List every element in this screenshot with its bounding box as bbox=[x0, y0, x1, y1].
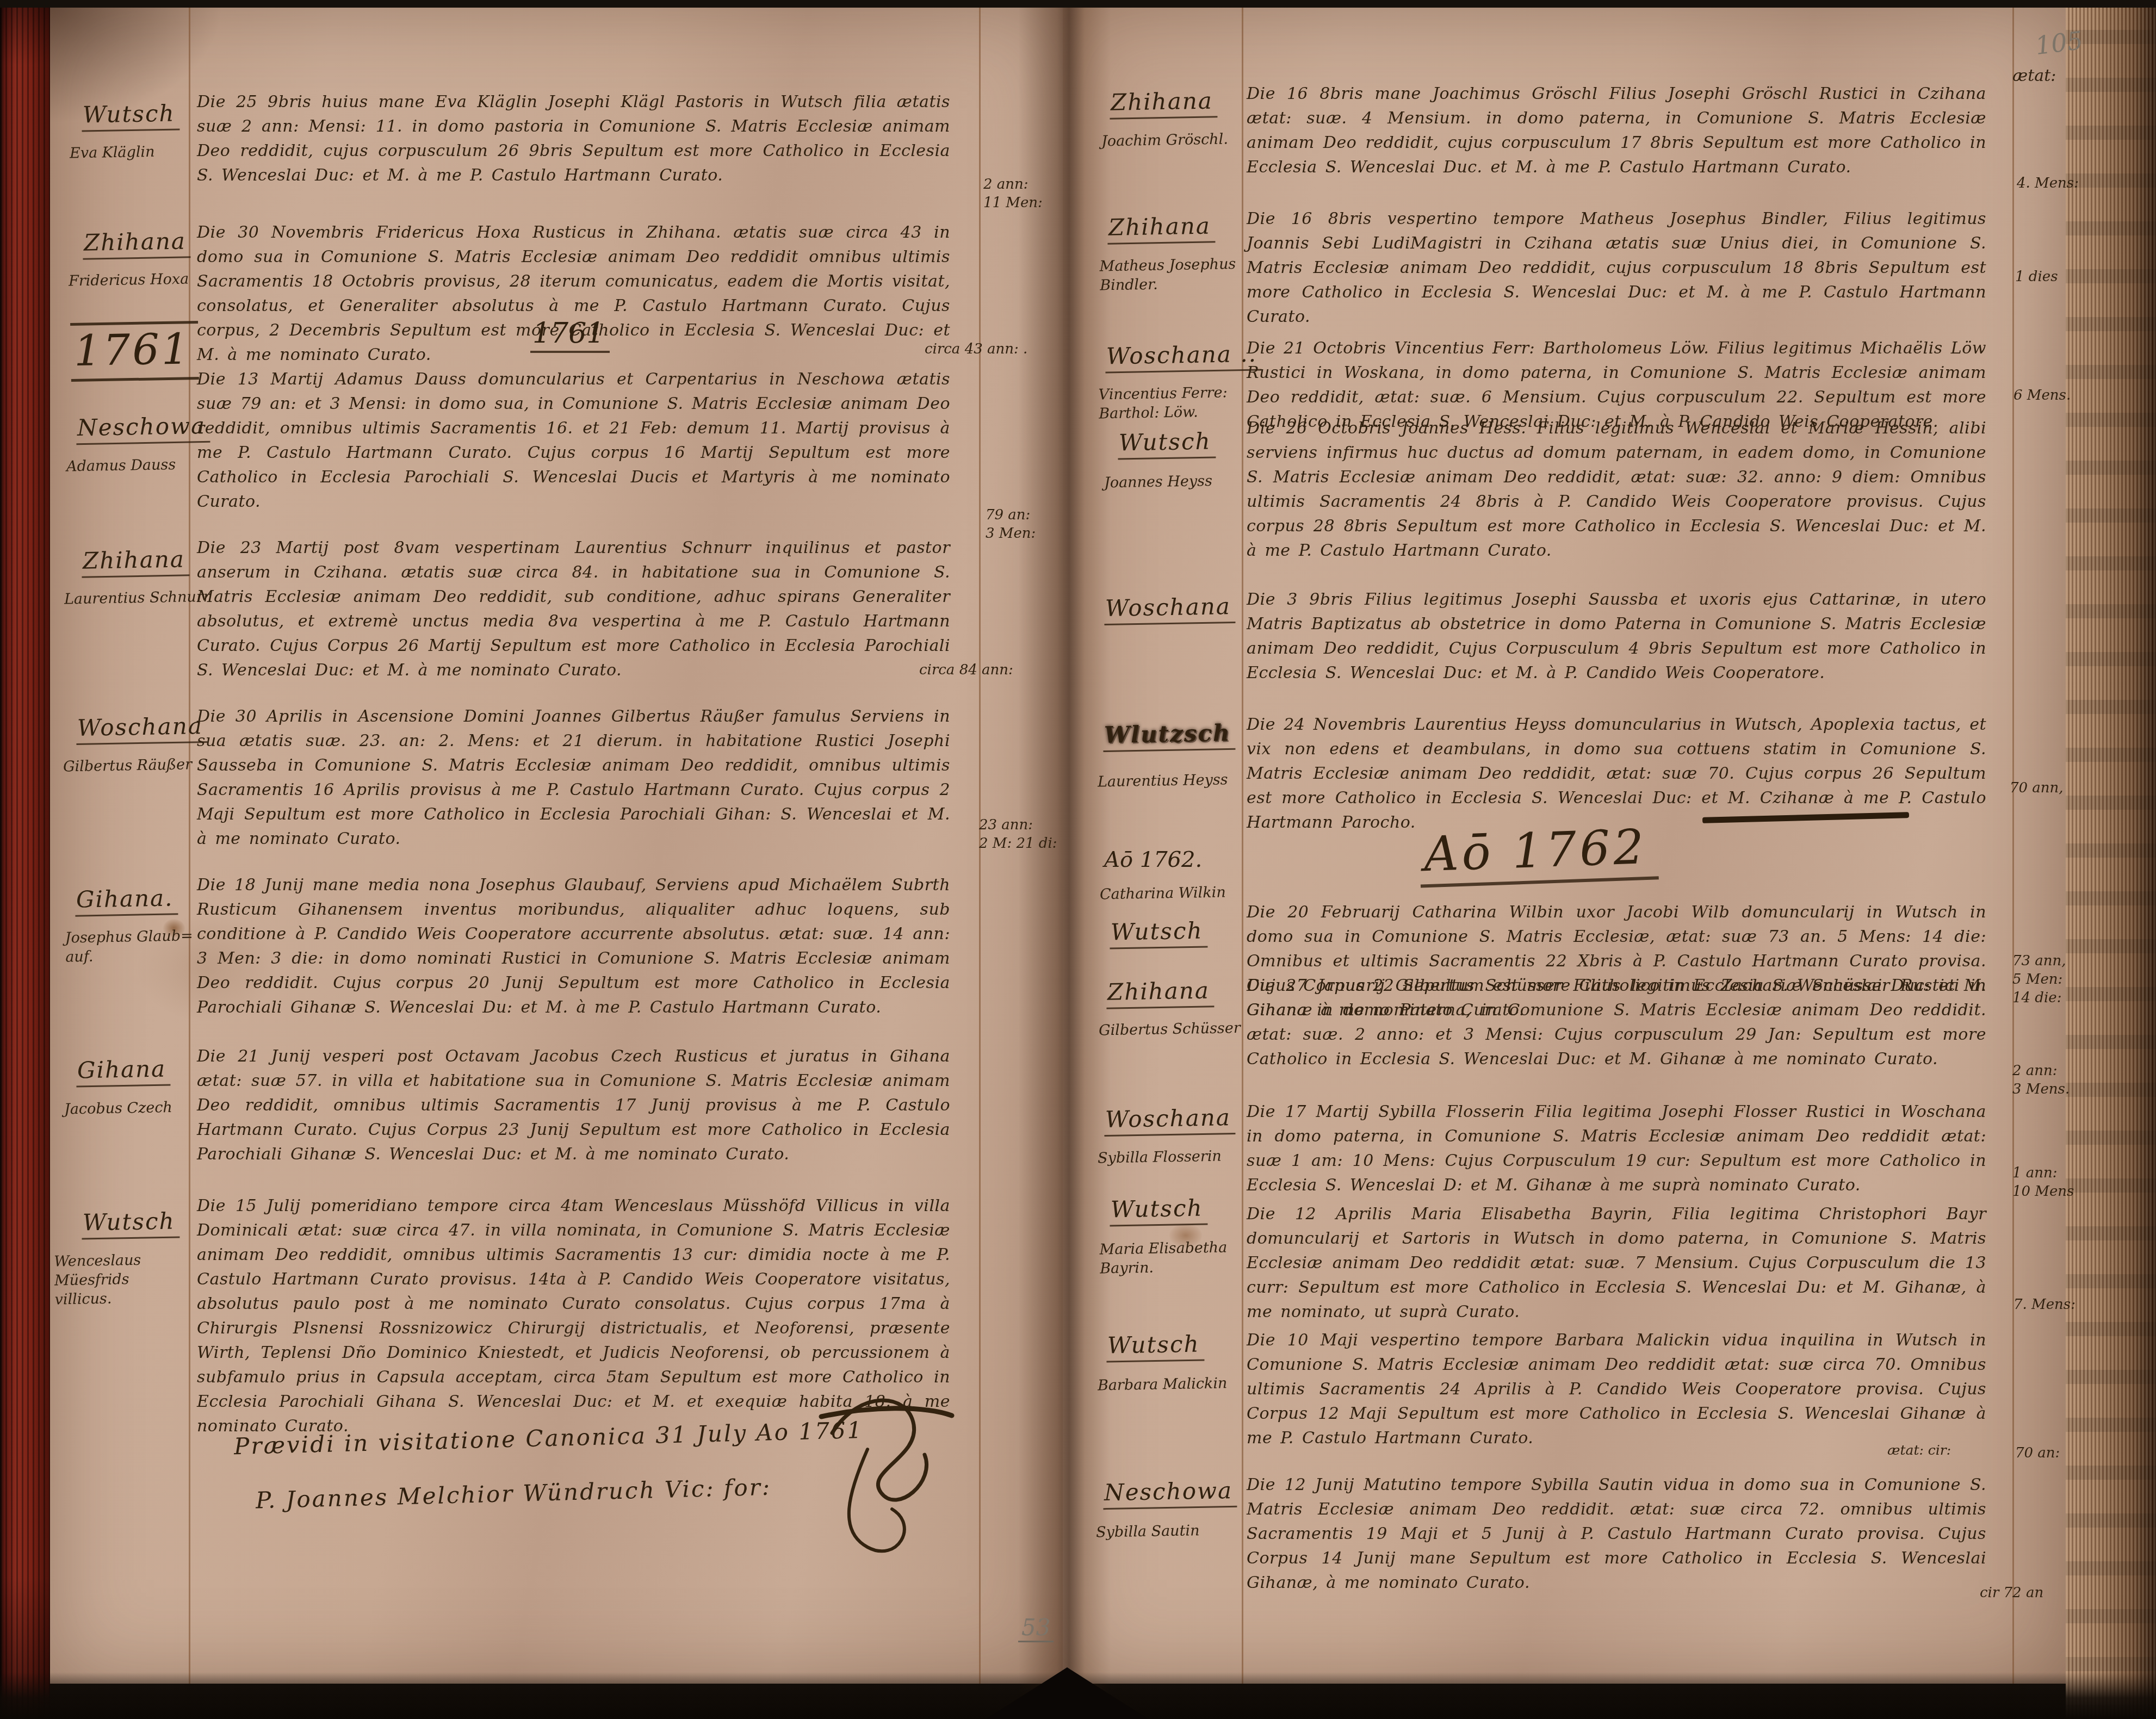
entry-body: Die 30 Aprilis in Ascensione Domini Joan… bbox=[197, 704, 950, 851]
margin-name: Joachim Gröschl. bbox=[1101, 129, 1254, 151]
margin-place: Gihana bbox=[76, 1055, 171, 1087]
entry-body: Die 21 Junij vesperi post Octavam Jacobu… bbox=[197, 1044, 950, 1166]
margin-place: Woschana bbox=[1104, 593, 1236, 625]
entry-age: 7. Mens: bbox=[2013, 1295, 2076, 1314]
entry-age: 79 an: 3 Men: bbox=[986, 506, 1036, 543]
entry-age: cir 72 an bbox=[1980, 1584, 2043, 1602]
year-header-body: Aō 1762 bbox=[1418, 818, 1659, 888]
margin-place: Woschana bbox=[76, 712, 208, 745]
entry-age: 4. Mens: bbox=[2017, 174, 2079, 193]
margin-name: Wenceslaus Müesfrids villicus. bbox=[54, 1250, 207, 1310]
margin-place: Zhihana bbox=[1106, 977, 1215, 1009]
entry-body: Die 16 8bris mane Joachimus Gröschl Fili… bbox=[1247, 82, 1986, 179]
manuscript-scan: 105 53 ætat: Wutsch Eva Kläglin Die 25 9… bbox=[0, 0, 2156, 1719]
margin-name: Jacobus Czech bbox=[64, 1097, 217, 1119]
entry-age: 2 ann: 11 Men: bbox=[983, 175, 1043, 212]
entry-body: Die 12 Aprilis Maria Elisabetha Bayrin, … bbox=[1247, 1202, 1986, 1324]
entry-age: 1 dies bbox=[2015, 268, 2058, 286]
margin-name: Maria Elisabetha Bayrin. bbox=[1099, 1238, 1252, 1279]
signature-flourish bbox=[816, 1384, 957, 1558]
margin-name: Vincentius Ferre: Barthol: Löw. bbox=[1098, 383, 1251, 424]
margin-place: Zhihana bbox=[1107, 212, 1216, 244]
margin-place: Wlutzsch bbox=[1103, 719, 1236, 752]
margin-name: Laurentius Schnurr bbox=[64, 587, 217, 609]
entry-body: Die 12 Junij Matutino tempore Sybilla Sa… bbox=[1247, 1473, 1986, 1595]
margin-place: Zhihana bbox=[1110, 87, 1218, 119]
entry-body: Die 17 Martij Sybilla Flosserin Filia le… bbox=[1247, 1100, 1986, 1197]
entry-age: 23 ann: 2 M: 21 di: bbox=[979, 816, 1057, 853]
margin-place: Wutsch bbox=[82, 1207, 179, 1239]
margin-place: Wutsch bbox=[1118, 427, 1216, 460]
entry-body: Die 23 Martij post 8vam vespertinam Laur… bbox=[197, 536, 950, 682]
margin-place: Zhihana bbox=[82, 545, 190, 578]
margin-place: Gihana. bbox=[75, 884, 178, 916]
margin-name: Gilbertus Räußer bbox=[63, 755, 216, 777]
fore-edge-pages bbox=[2066, 0, 2156, 1719]
age-column-header: ætat: bbox=[2012, 66, 2056, 85]
year-header-margin: Aō 1762. bbox=[1104, 847, 1202, 872]
margin-name: Catharina Wilkin bbox=[1100, 883, 1253, 904]
margin-name: Sybilla Sautin bbox=[1096, 1521, 1249, 1542]
margin-place: Wutsch bbox=[1106, 1330, 1204, 1362]
entry-body: Die 27 Januarij Gilbertus Schüsser Filiu… bbox=[1247, 973, 1986, 1071]
year-header-margin: 1761 bbox=[70, 321, 199, 382]
margin-name: Barbara Malickin bbox=[1098, 1374, 1250, 1395]
entry-body: Die 3 9bris Filius legitimus Josephi Sau… bbox=[1247, 587, 1986, 685]
entry-age: 70 ann, bbox=[2010, 779, 2064, 797]
entry-age: 1 ann: 10 Mens bbox=[2012, 1164, 2074, 1201]
entry-body: Die 26 Octobris Joannes Hess. Filius leg… bbox=[1247, 416, 1986, 563]
margin-place: Woschana .. bbox=[1105, 340, 1262, 374]
entry-age: circa 84 ann: bbox=[919, 661, 1013, 679]
entry-body: Die 25 9bris huius mane Eva Kläglin Jose… bbox=[197, 90, 950, 188]
margin-place: Wutsch bbox=[82, 100, 179, 132]
margin-place: Woschana bbox=[1104, 1104, 1236, 1137]
entry-age: 2 ann: 3 Mens. bbox=[2012, 1062, 2070, 1099]
book-spine bbox=[0, 0, 50, 1719]
entry-body: Die 13 Martij Adamus Dauss domuncularius… bbox=[197, 367, 950, 514]
entry-age: circa 43 ann: . bbox=[925, 340, 1027, 358]
margin-place: Neschowa bbox=[1103, 1477, 1237, 1510]
margin-place: Wutsch bbox=[1110, 1194, 1207, 1226]
margin-place: Zhihana bbox=[83, 227, 191, 259]
right-page-age-rule bbox=[2012, 4, 2014, 1684]
entry-age: 73 ann, 5 Men: 14 die: bbox=[2012, 952, 2066, 1007]
gutter-bottom-notch bbox=[986, 1667, 1149, 1719]
margin-name: Sybilla Flosserin bbox=[1098, 1146, 1250, 1168]
pencil-page-number: 105 bbox=[2034, 26, 2085, 60]
entry-age-note: ætat: cir: bbox=[1887, 1442, 1951, 1458]
margin-name: Joannes Heyss bbox=[1104, 471, 1257, 493]
margin-place: Wutsch bbox=[1110, 917, 1207, 949]
entry-body: Die 10 Maji vespertino tempore Barbara M… bbox=[1247, 1328, 1986, 1450]
margin-name: Adamus Dauss bbox=[66, 455, 219, 476]
entry-age: 6 Mens. bbox=[2013, 386, 2071, 405]
entry-body: Die 18 Junij mane media nona Josephus Gl… bbox=[197, 873, 950, 1020]
entry-body: Die 16 8bris vespertino tempore Matheus … bbox=[1247, 207, 1986, 329]
margin-name: Matheus Josephus Bindler. bbox=[1099, 255, 1252, 295]
margin-name: Josephus Glaub= auf. bbox=[65, 926, 218, 967]
book-gutter bbox=[1018, 0, 1111, 1719]
entry-age: 70 an: bbox=[2015, 1444, 2060, 1462]
year-header-body: 1761 bbox=[530, 317, 610, 353]
margin-name: Gilbertus Schüsser bbox=[1099, 1019, 1252, 1040]
pencil-folio-number: 53 bbox=[1018, 1614, 1054, 1642]
top-shadow-edge bbox=[0, 0, 2156, 8]
margin-place: Neschowa bbox=[76, 412, 210, 445]
margin-name: Laurentius Heyss bbox=[1098, 770, 1250, 792]
